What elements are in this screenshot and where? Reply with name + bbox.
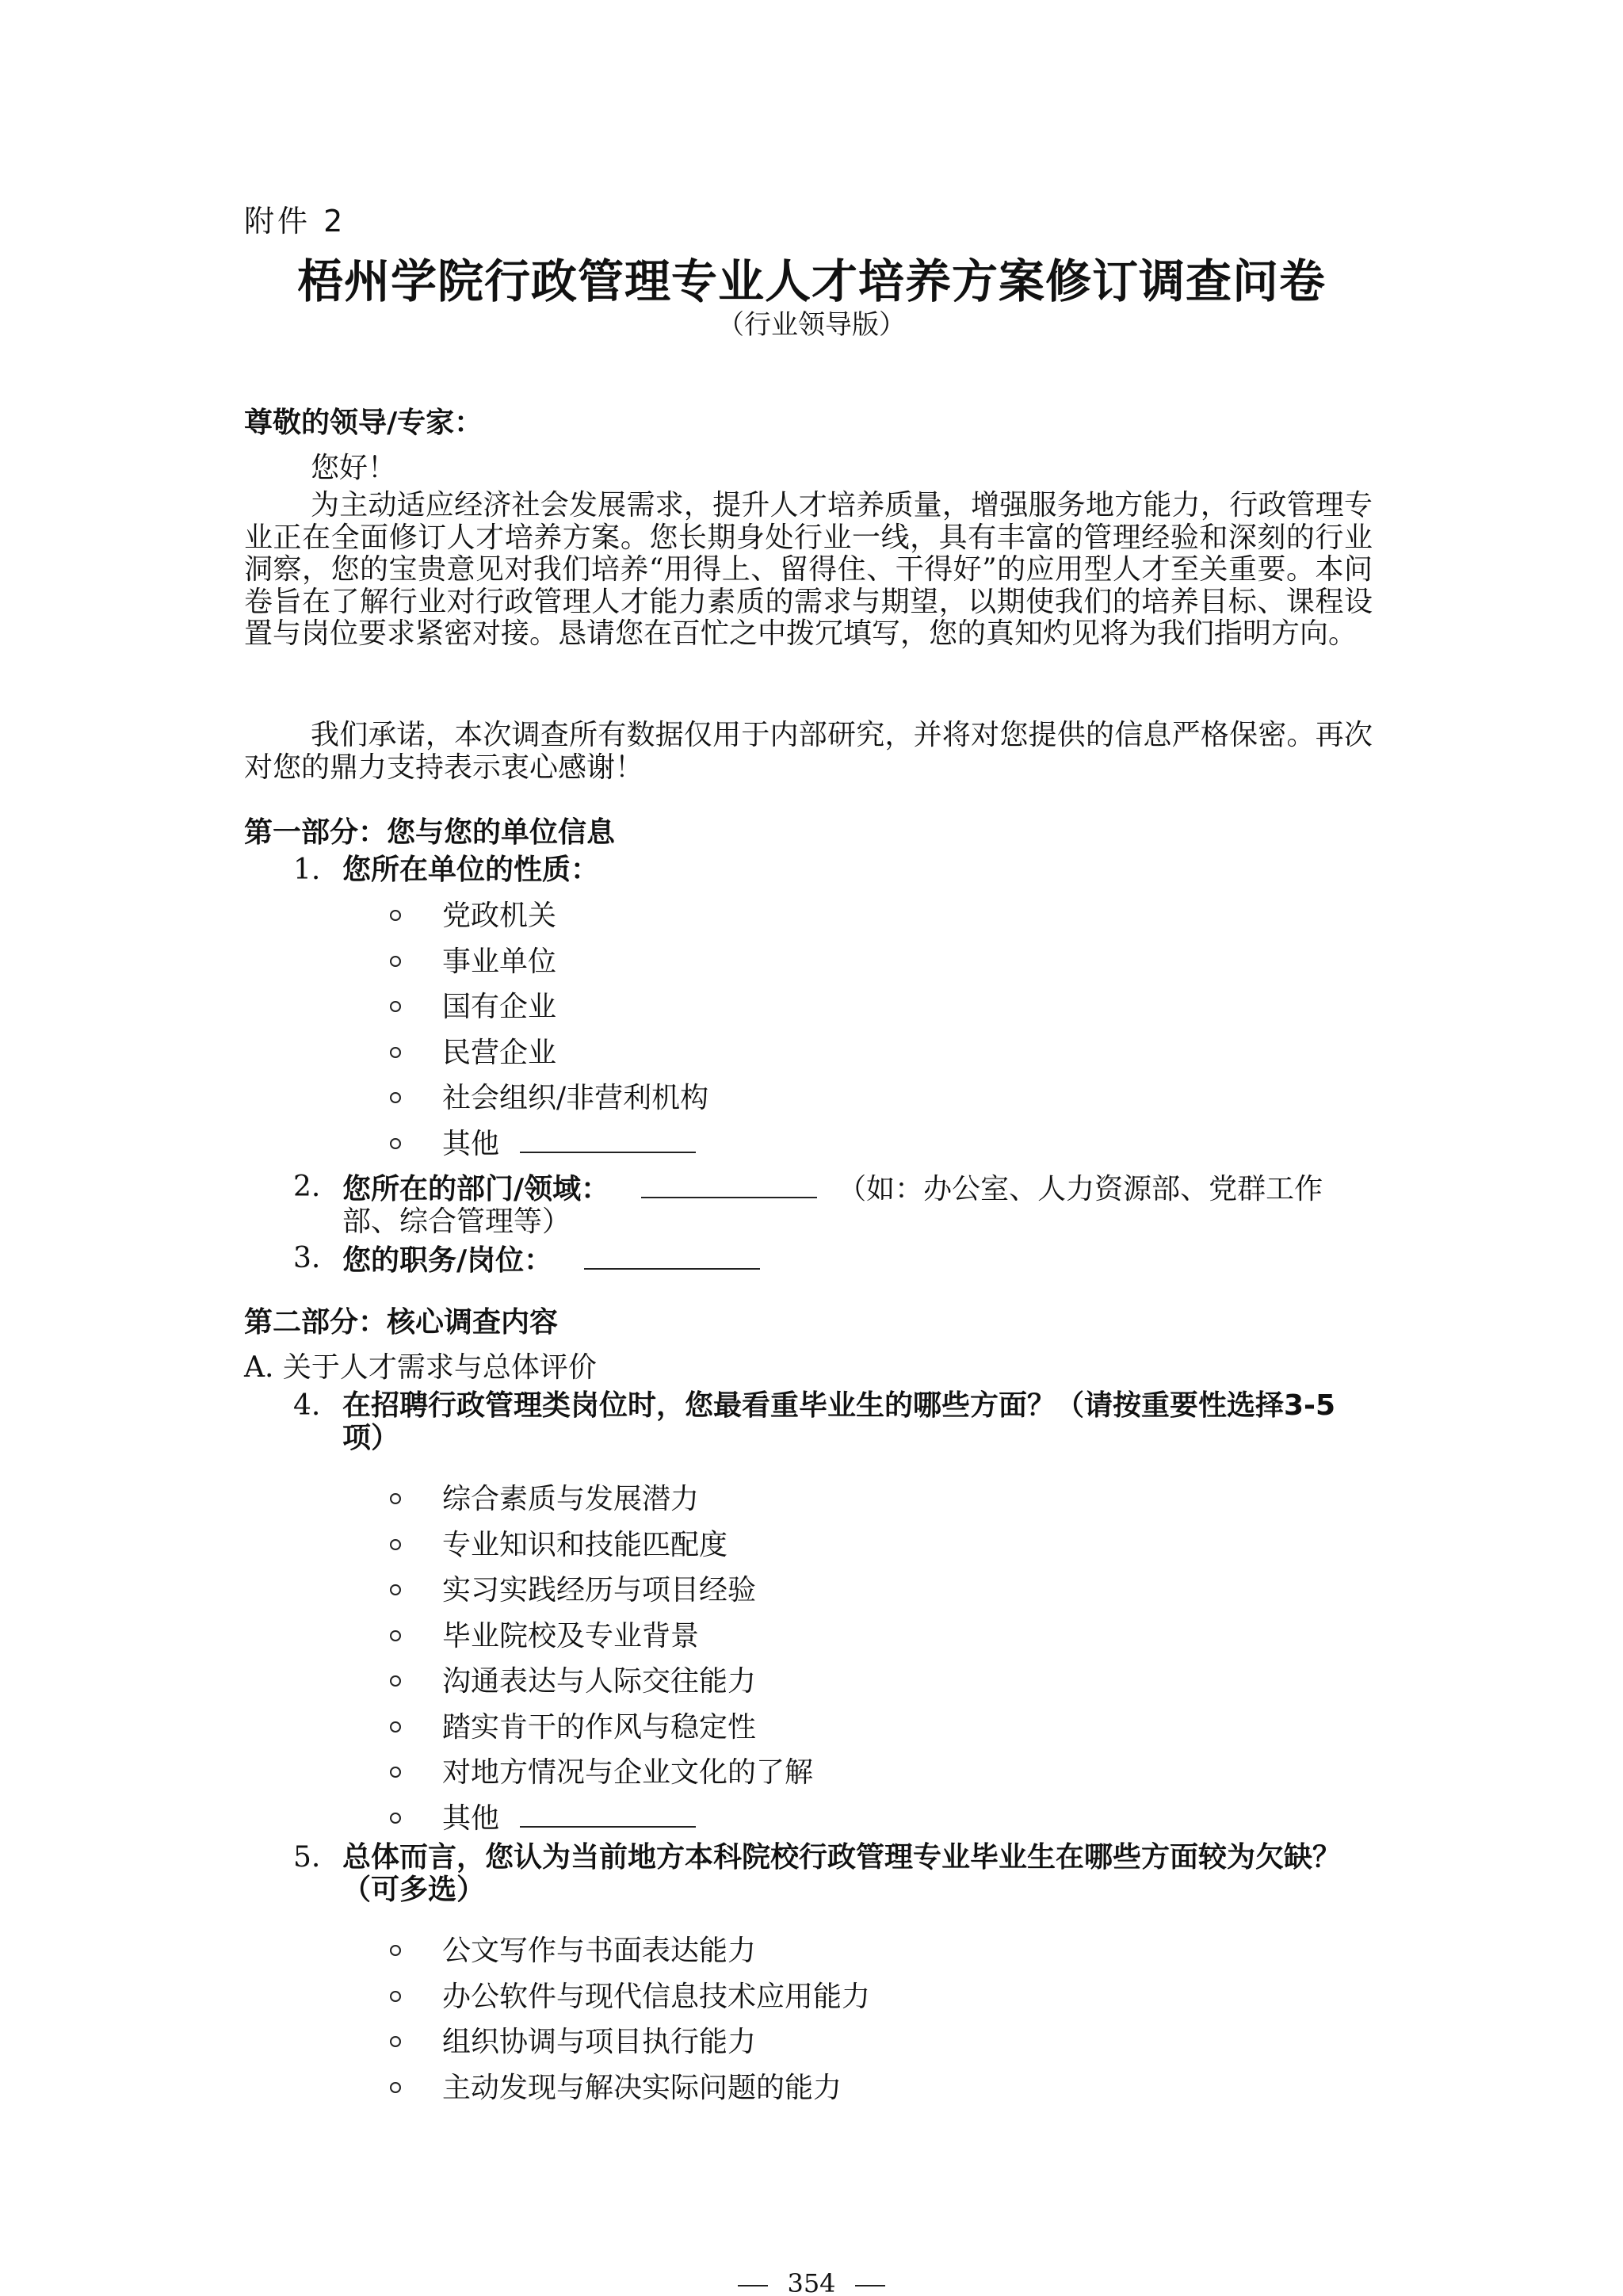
option-label: 实习实践经历与项目经验 (442, 1574, 756, 1606)
option-item[interactable]: 国有企业 (390, 991, 708, 1037)
option-item[interactable]: 毕业院校及专业背景 (390, 1621, 813, 1667)
option-item[interactable]: 综合素质与发展潜力 (390, 1484, 813, 1530)
salutation: 尊敬的领导/专家： (244, 400, 483, 441)
option-label: 办公软件与现代信息技术应用能力 (442, 1981, 870, 2013)
section-heading-part2: 第二部分：核心调查内容 (244, 1300, 558, 1340)
confidentiality-paragraph: 我们承诺，本次调查所有数据仅用于内部研究，并将对您提供的信息严格保密。再次对您的… (244, 720, 1373, 784)
option-label: 国有企业 (442, 991, 556, 1023)
question-number: 1. (293, 854, 320, 887)
question-1: 1. 您所在单位的性质： (293, 854, 1373, 887)
radio-circle-icon[interactable] (390, 1001, 401, 1012)
option-item[interactable]: 事业单位 (390, 946, 708, 992)
dash-right (855, 2285, 885, 2286)
question-2: 2. 您所在的部门/领域：（如：办公室、人力资源部、党群工作部、综合管理等） (293, 1171, 1373, 1238)
option-label: 社会组织/非营利机构 (442, 1082, 708, 1114)
option-item[interactable]: 踏实肯干的作风与稳定性 (390, 1712, 813, 1758)
checkbox-circle-icon[interactable] (390, 1991, 401, 2002)
option-item[interactable]: 公文写作与书面表达能力 (390, 1935, 870, 1981)
option-item[interactable]: 专业知识和技能匹配度 (390, 1530, 813, 1576)
other-fill-blank[interactable] (520, 1804, 696, 1828)
checkbox-circle-icon[interactable] (390, 1584, 401, 1595)
intro-paragraph: 为主动适应经济社会发展需求，提升人才培养质量，增强服务地方能力，行政管理专业正在… (244, 490, 1373, 651)
option-label: 毕业院校及专业背景 (442, 1620, 699, 1652)
option-label: 其他 (442, 1802, 499, 1835)
question-4: 4. 在招聘行政管理类岗位时，您最看重毕业生的哪些方面？（请按重要性选择3-5项… (293, 1390, 1373, 1454)
checkbox-circle-icon[interactable] (390, 1630, 401, 1641)
question-text: 您所在的部门/领域： (342, 1173, 609, 1205)
radio-circle-icon[interactable] (390, 956, 401, 967)
option-label: 党政机关 (442, 900, 556, 932)
option-item[interactable]: 其他 (390, 1129, 708, 1175)
question-text: 您的职务/岗位： (342, 1244, 552, 1277)
checkbox-circle-icon[interactable] (390, 1721, 401, 1733)
q1-options: 党政机关 事业单位 国有企业 民营企业 社会组织/非营利机构 其他 (390, 900, 708, 1174)
question-number: 5. (293, 1842, 320, 1874)
document-title: 梧州学院行政管理专业人才培养方案修订调查问卷 (0, 244, 1623, 311)
dash-left (738, 2285, 768, 2286)
option-label: 综合素质与发展潜力 (442, 1483, 699, 1515)
q4-options: 综合素质与发展潜力 专业知识和技能匹配度 实习实践经历与项目经验 毕业院校及专业… (390, 1484, 813, 1848)
question-3: 3. 您的职务/岗位： (293, 1243, 1373, 1278)
option-item[interactable]: 主动发现与解决实际问题的能力 (390, 2073, 870, 2118)
checkbox-circle-icon[interactable] (390, 1945, 401, 1956)
radio-circle-icon[interactable] (390, 910, 401, 921)
checkbox-circle-icon[interactable] (390, 2082, 401, 2093)
checkbox-circle-icon[interactable] (390, 1539, 401, 1550)
option-label: 踏实肯干的作风与稳定性 (442, 1711, 756, 1744)
radio-circle-icon[interactable] (390, 1092, 401, 1103)
document-subtitle: （行业领导版） (0, 303, 1623, 342)
option-item[interactable]: 办公软件与现代信息技术应用能力 (390, 1981, 870, 2027)
option-item[interactable]: 民营企业 (390, 1037, 708, 1083)
radio-circle-icon[interactable] (390, 1138, 401, 1149)
option-item[interactable]: 沟通表达与人际交往能力 (390, 1666, 813, 1712)
option-item[interactable]: 党政机关 (390, 900, 708, 946)
checkbox-circle-icon[interactable] (390, 1675, 401, 1687)
option-item[interactable]: 社会组织/非营利机构 (390, 1083, 708, 1129)
position-fill-blank[interactable] (584, 1243, 760, 1270)
subsection-heading-a: A. 关于人才需求与总体评价 (244, 1345, 597, 1385)
option-label: 主动发现与解决实际问题的能力 (442, 2072, 842, 2104)
department-fill-blank[interactable] (641, 1171, 817, 1198)
option-label: 民营企业 (442, 1037, 556, 1069)
other-fill-blank[interactable] (520, 1129, 696, 1153)
question-number: 4. (293, 1390, 320, 1423)
option-item[interactable]: 对地方情况与企业文化的了解 (390, 1757, 813, 1803)
option-label: 对地方情况与企业文化的了解 (442, 1756, 813, 1789)
option-item[interactable]: 实习实践经历与项目经验 (390, 1575, 813, 1621)
option-label: 沟通表达与人际交往能力 (442, 1665, 756, 1698)
page-footer: 354 (0, 2268, 1623, 2296)
checkbox-circle-icon[interactable] (390, 1493, 401, 1504)
question-text: 在招聘行政管理类岗位时，您最看重毕业生的哪些方面？（请按重要性选择3-5项） (342, 1390, 1373, 1454)
option-item[interactable]: 组织协调与项目执行能力 (390, 2027, 870, 2073)
question-number: 2. (293, 1171, 320, 1204)
attachment-label: 附件 2 (244, 197, 346, 240)
option-label: 事业单位 (442, 946, 556, 978)
question-5: 5. 总体而言，您认为当前地方本科院校行政管理专业毕业生在哪些方面较为欠缺？（可… (293, 1842, 1373, 1906)
document-page: 附件 2 梧州学院行政管理专业人才培养方案修订调查问卷 （行业领导版） 尊敬的领… (0, 0, 1623, 2296)
question-text: 总体而言，您认为当前地方本科院校行政管理专业毕业生在哪些方面较为欠缺？（可多选） (342, 1842, 1373, 1906)
question-number: 3. (293, 1243, 320, 1275)
checkbox-circle-icon[interactable] (390, 1767, 401, 1778)
question-text: 您所在单位的性质： (342, 854, 1373, 887)
radio-circle-icon[interactable] (390, 1047, 401, 1058)
option-label: 公文写作与书面表达能力 (442, 1935, 756, 1967)
section-heading-part1: 第一部分：您与您的单位信息 (244, 810, 615, 850)
option-label: 组织协调与项目执行能力 (442, 2026, 756, 2058)
checkbox-circle-icon[interactable] (390, 2036, 401, 2047)
option-label: 专业知识和技能匹配度 (442, 1529, 727, 1561)
page-number: 354 (787, 2268, 835, 2296)
checkbox-circle-icon[interactable] (390, 1813, 401, 1824)
q5-options: 公文写作与书面表达能力 办公软件与现代信息技术应用能力 组织协调与项目执行能力 … (390, 1935, 870, 2118)
greeting: 您好！ (311, 445, 396, 486)
option-label: 其他 (442, 1128, 499, 1160)
